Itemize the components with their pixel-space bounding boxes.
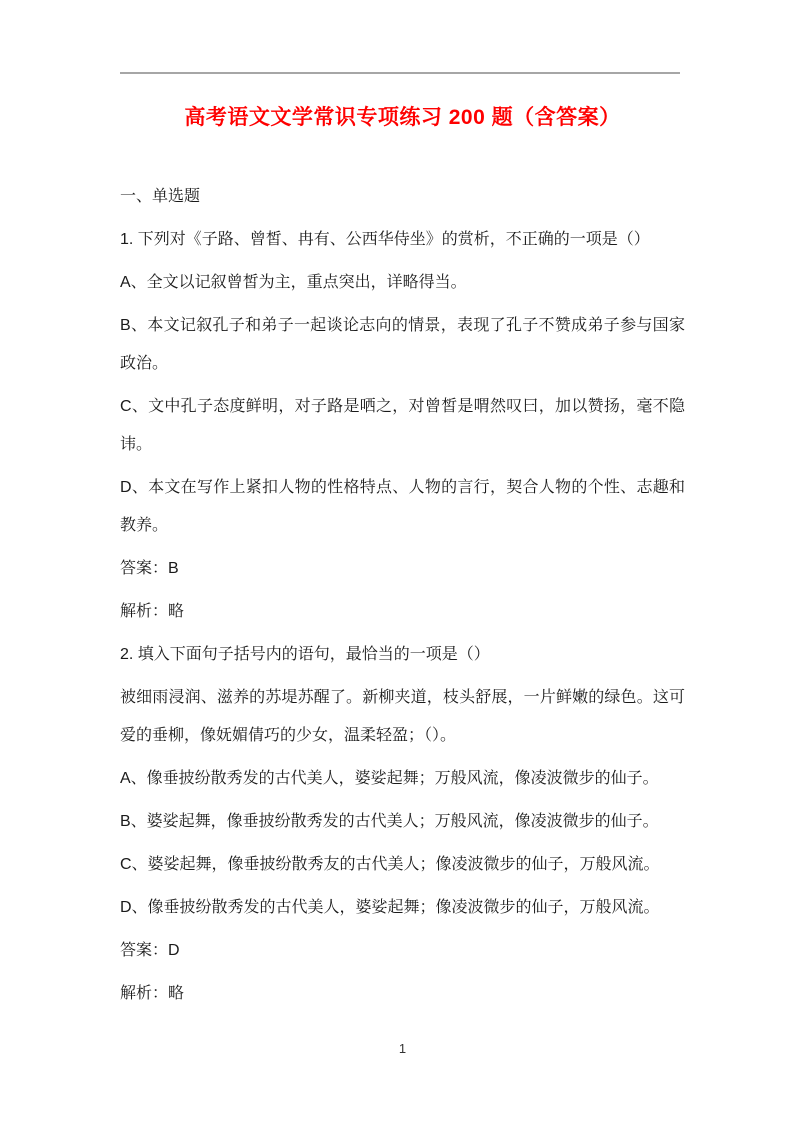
question-2-stem: 2. 填入下面句子括号内的语句，最恰当的一项是（） bbox=[120, 636, 685, 674]
document-page: 高考语文文学常识专项练习 200 题（含答案） 一、单选题 1. 下列对《子路、… bbox=[0, 0, 800, 1132]
question-2-option-a: A、像垂披纷散秀发的古代美人，婆娑起舞；万般风流，像凌波微步的仙子。 bbox=[120, 760, 685, 798]
question-2-option-b: B、婆娑起舞，像垂披纷散秀发的古代美人；万般风流，像凌波微步的仙子。 bbox=[120, 803, 685, 841]
section-heading: 一、单选题 bbox=[120, 178, 685, 216]
question-1-option-c: C、文中孔子态度鲜明，对子路是哂之，对曾皙是喟然叹曰，加以赞扬，毫不隐讳。 bbox=[120, 388, 685, 464]
page-number: 1 bbox=[120, 1041, 685, 1056]
question-2-answer: 答案：D bbox=[120, 932, 685, 970]
doc-content: 一、单选题 1. 下列对《子路、曾皙、冉有、公西华侍坐》的赏析，不正确的一项是（… bbox=[120, 178, 685, 1013]
question-2-option-d: D、像垂披纷散秀发的古代美人，婆娑起舞；像凌波微步的仙子，万般风流。 bbox=[120, 889, 685, 927]
header-divider bbox=[120, 72, 680, 74]
question-2-analysis: 解析：略 bbox=[120, 975, 685, 1013]
question-1-answer: 答案：B bbox=[120, 550, 685, 588]
question-2-passage: 被细雨浸润、滋养的苏堤苏醒了。新柳夹道，枝头舒展，一片鲜嫩的绿色。这可爱的垂柳，… bbox=[120, 679, 685, 755]
question-1-option-b: B、本文记叙孔子和弟子一起谈论志向的情景，表现了孔子不赞成弟子参与国家政治。 bbox=[120, 307, 685, 383]
doc-title: 高考语文文学常识专项练习 200 题（含答案） bbox=[120, 103, 685, 133]
question-1-analysis: 解析：略 bbox=[120, 593, 685, 631]
question-1-stem: 1. 下列对《子路、曾皙、冉有、公西华侍坐》的赏析，不正确的一项是（） bbox=[120, 221, 685, 259]
question-2-option-c: C、婆娑起舞，像垂披纷散秀友的古代美人；像凌波微步的仙子，万般风流。 bbox=[120, 846, 685, 884]
question-1-option-a: A、全文以记叙曾皙为主，重点突出，详略得当。 bbox=[120, 264, 685, 302]
question-1-option-d: D、本文在写作上紧扣人物的性格特点、人物的言行，契合人物的个性、志趣和教养。 bbox=[120, 469, 685, 545]
